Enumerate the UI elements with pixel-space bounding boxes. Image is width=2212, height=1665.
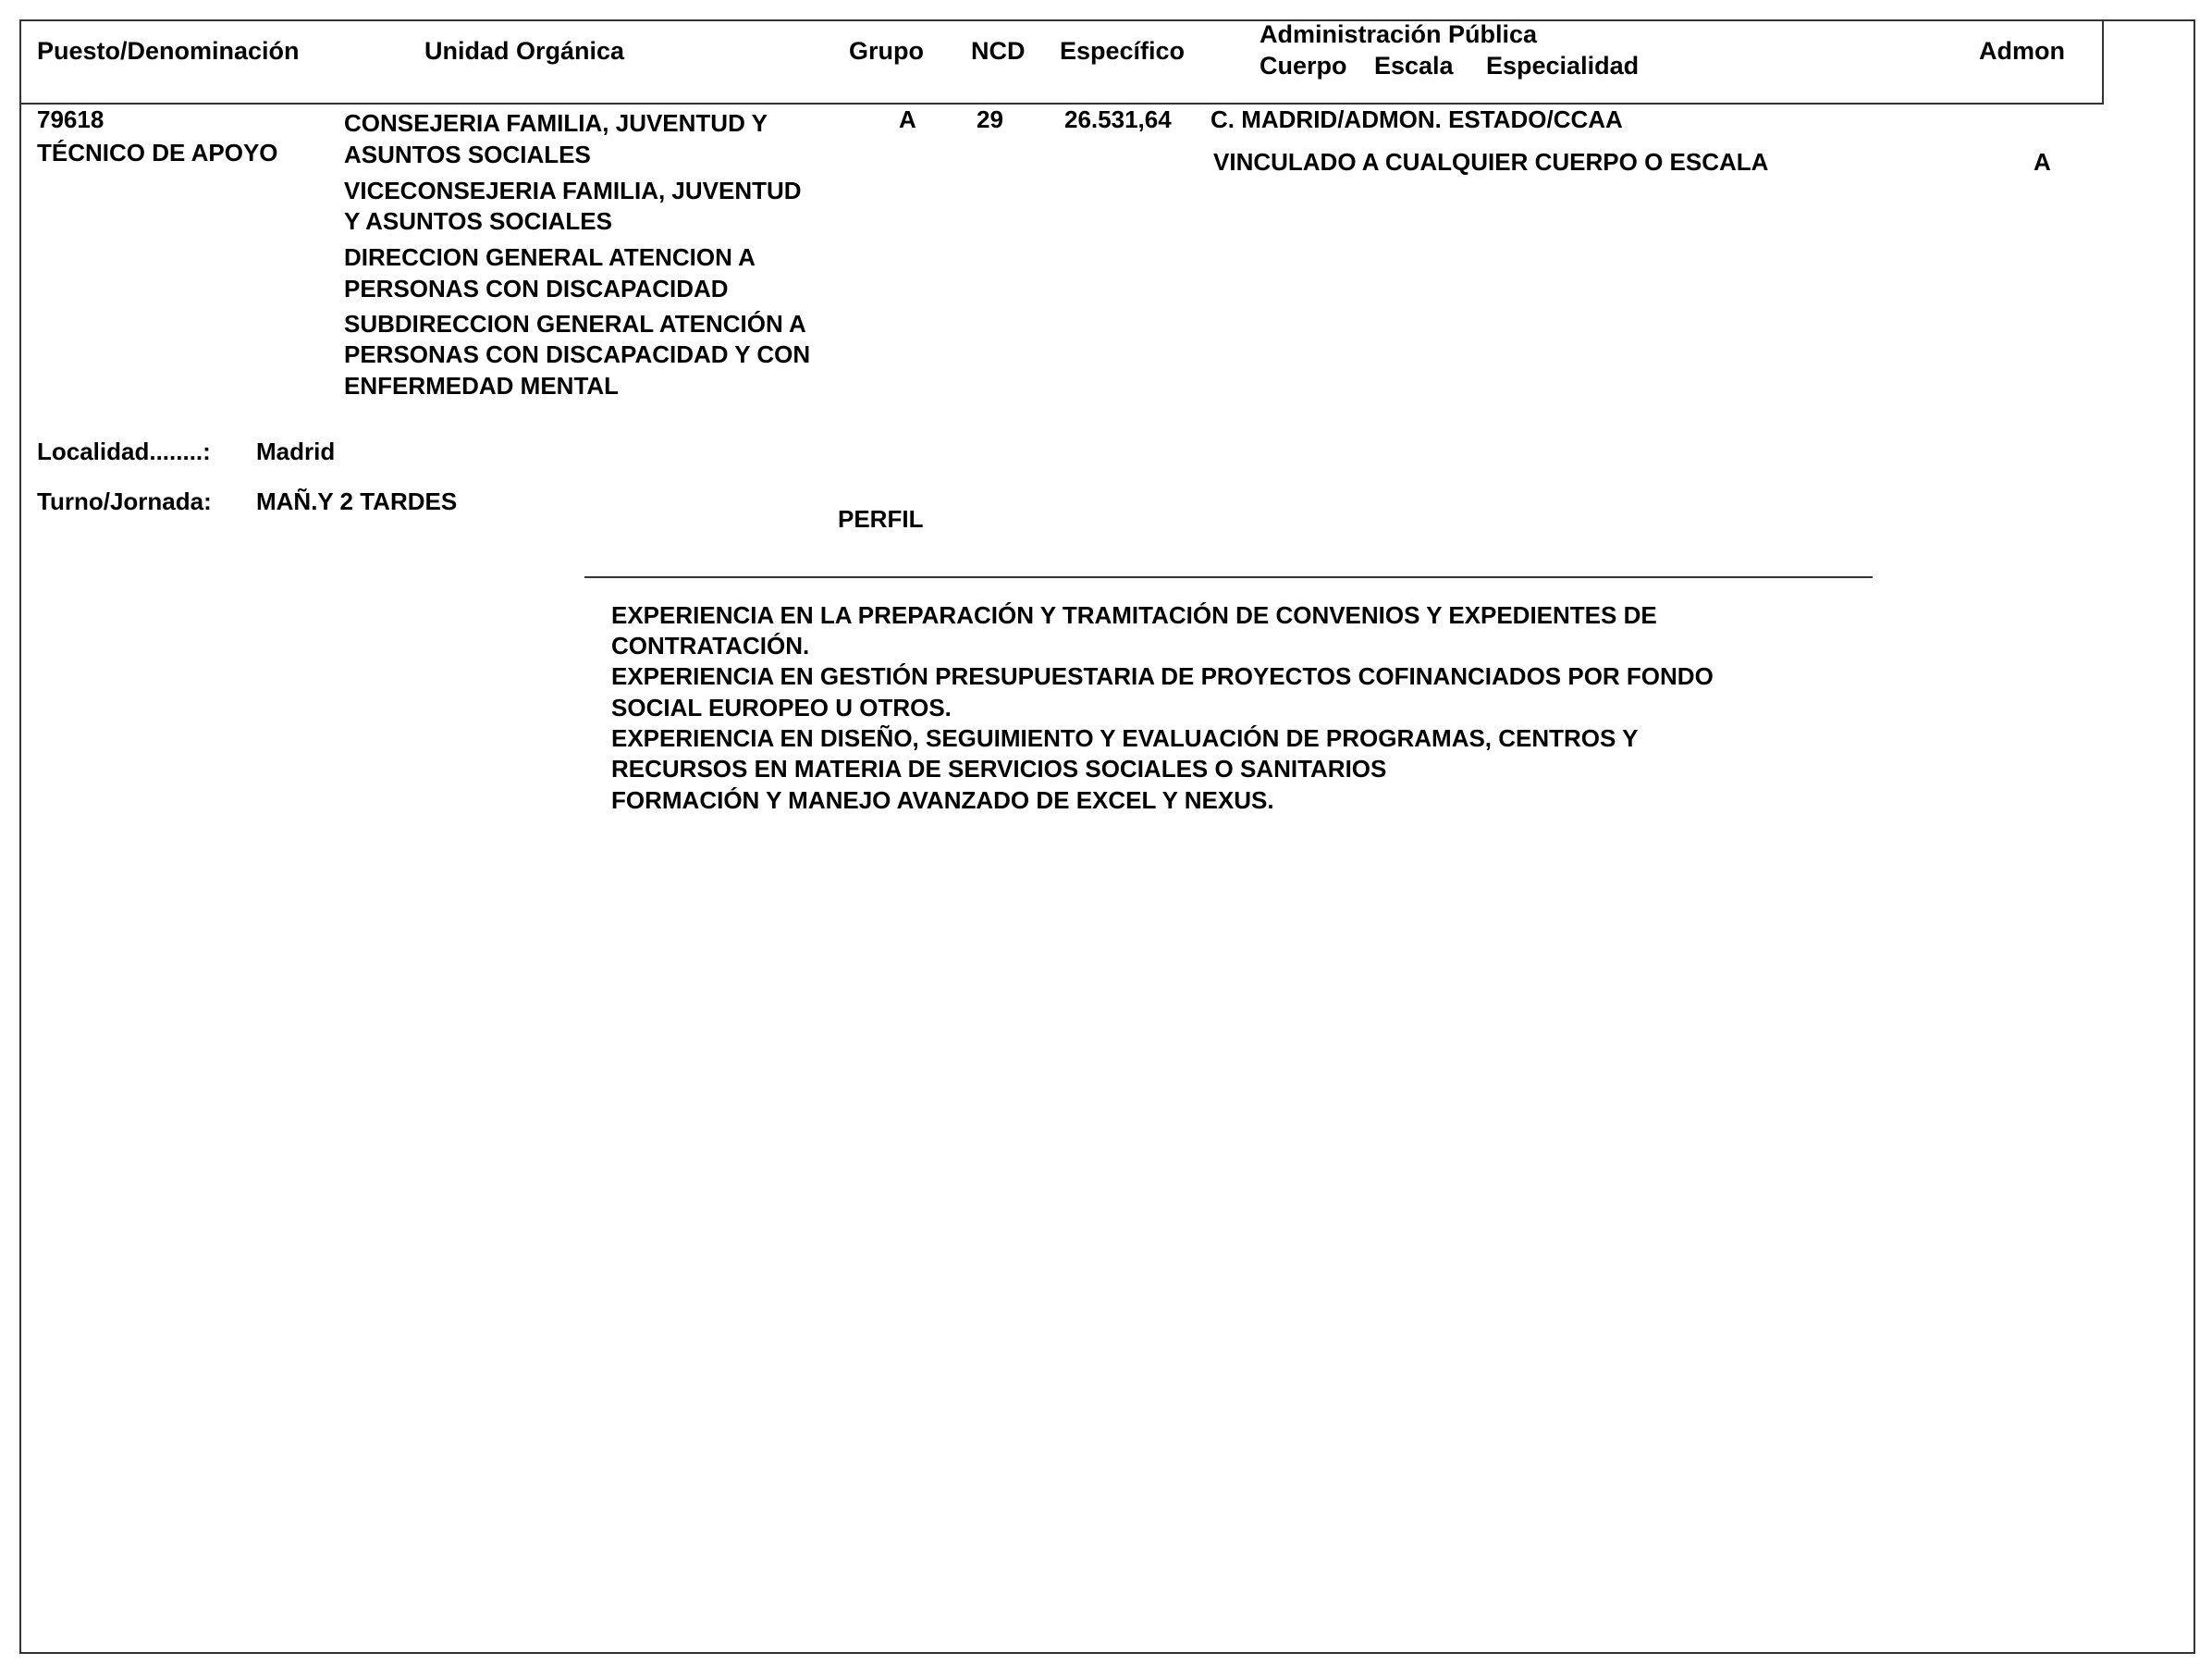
perfil-line: CONTRATACIÓN.	[611, 630, 809, 661]
header-cuerpo: Cuerpo	[1260, 52, 1347, 80]
header-ncd: NCD	[971, 37, 1026, 66]
unidad-line: SUBDIRECCION GENERAL ATENCIÓN A	[344, 308, 806, 339]
header-admon: Admon	[1979, 37, 2065, 66]
especifico-value: 26.531,64	[1064, 104, 1172, 135]
header-unidad: Unidad Orgánica	[424, 37, 624, 66]
puesto-code: 79618	[37, 104, 104, 135]
unidad-line: ASUNTOS SOCIALES	[344, 139, 591, 170]
header-especifico: Específico	[1060, 37, 1185, 66]
perfil-line: FORMACIÓN Y MANEJO AVANZADO DE EXCEL Y N…	[611, 784, 1274, 816]
turno-label: Turno/Jornada:	[37, 486, 212, 517]
header-grupo: Grupo	[849, 37, 924, 66]
unidad-line: CONSEJERIA FAMILIA, JUVENTUD Y	[344, 107, 768, 139]
localidad-value: Madrid	[256, 436, 335, 467]
perfil-title: PERFIL	[838, 503, 923, 535]
unidad-line: PERSONAS CON DISCAPACIDAD Y CON	[344, 339, 810, 370]
unidad-line: VICECONSEJERIA FAMILIA, JUVENTUD	[344, 175, 802, 206]
turno-value: MAÑ.Y 2 TARDES	[256, 486, 457, 517]
admin-publica-value: C. MADRID/ADMON. ESTADO/CCAA	[1210, 104, 1623, 135]
unidad-line: ENFERMEDAD MENTAL	[344, 370, 619, 401]
unidad-line: DIRECCION GENERAL ATENCION A	[344, 241, 756, 273]
localidad-label: Localidad........:	[37, 436, 211, 467]
perfil-line: EXPERIENCIA EN DISEÑO, SEGUIMIENTO Y EVA…	[611, 722, 1638, 754]
admon-value: A	[2034, 146, 2051, 178]
header-escala: Escala	[1374, 52, 1454, 80]
header-puesto: Puesto/Denominación	[37, 37, 300, 66]
perfil-divider	[584, 576, 1873, 578]
perfil-line: EXPERIENCIA EN LA PREPARACIÓN Y TRAMITAC…	[611, 599, 1657, 631]
header-admin-publica: Administración Pública	[1260, 20, 1537, 49]
cuerpo-escala-value: VINCULADO A CUALQUIER CUERPO O ESCALA	[1213, 146, 1768, 178]
perfil-line: EXPERIENCIA EN GESTIÓN PRESUPUESTARIA DE…	[611, 660, 1714, 692]
perfil-line: RECURSOS EN MATERIA DE SERVICIOS SOCIALE…	[611, 753, 1386, 784]
perfil-line: SOCIAL EUROPEO U OTROS.	[611, 692, 952, 723]
unidad-line: PERSONAS CON DISCAPACIDAD	[344, 273, 729, 304]
ncd-value: 29	[977, 104, 1003, 135]
puesto-title: TÉCNICO DE APOYO	[37, 137, 278, 168]
unidad-line: Y ASUNTOS SOCIALES	[344, 205, 612, 237]
header-especialidad: Especialidad	[1486, 52, 1639, 80]
grupo-value: A	[899, 104, 916, 135]
